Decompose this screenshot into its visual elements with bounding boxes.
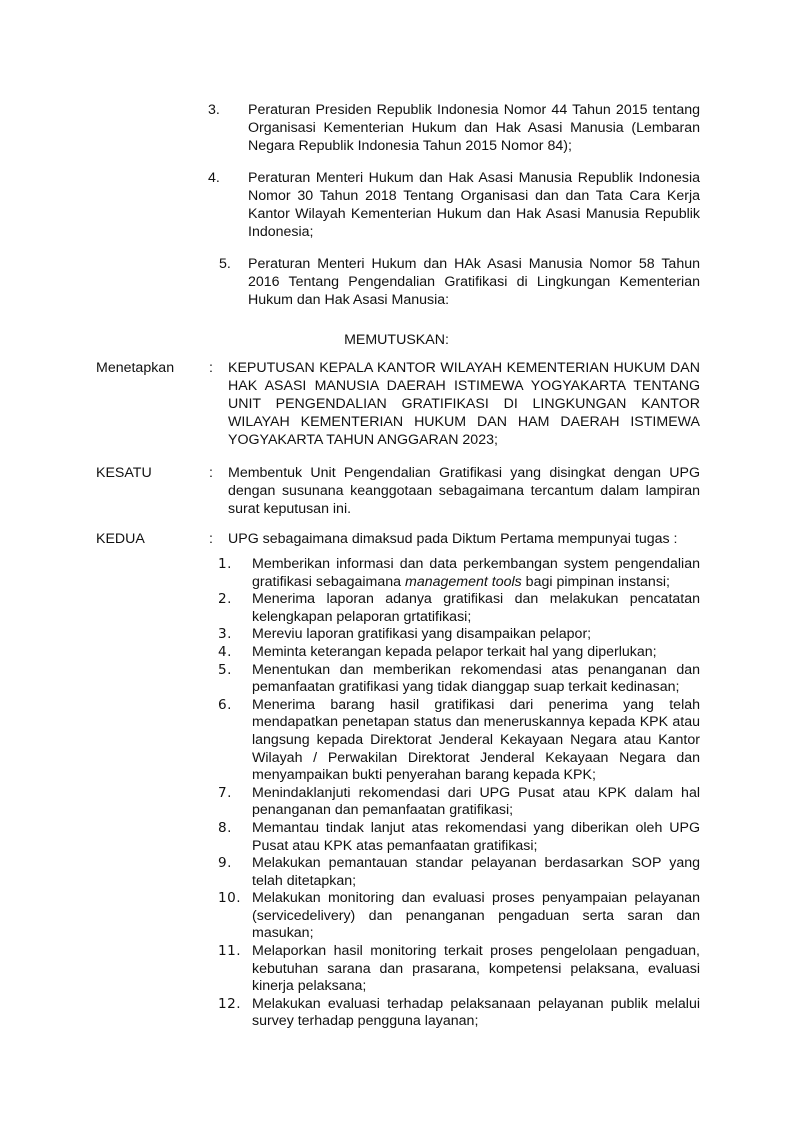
task-text: Memberikan informasi dan data perkembang… bbox=[252, 556, 700, 590]
dictum-colon: : bbox=[209, 359, 213, 377]
dictum-colon: : bbox=[209, 530, 213, 548]
task-text-italic: management tools bbox=[405, 574, 522, 590]
task-list: 1. Memberikan informasi dan data perkemb… bbox=[218, 556, 700, 1031]
dictum-kedua: KEDUA : UPG sebagaimana dimaksud pada Di… bbox=[96, 530, 700, 548]
task-item: 4. Meminta keterangan kepada pelapor ter… bbox=[218, 644, 700, 662]
task-text: Menentukan dan memberikan rekomendasi at… bbox=[252, 662, 700, 696]
dictum-text: Membentuk Unit Pengendalian Gratifikasi … bbox=[228, 464, 700, 518]
dictum-text: KEPUTUSAN KEPALA KANTOR WILAYAH KEMENTER… bbox=[228, 359, 700, 449]
task-item: 2. Menerima laporan adanya gratifikasi d… bbox=[218, 591, 700, 626]
task-item: 8. Memantau tindak lanjut atas rekomenda… bbox=[218, 820, 700, 855]
task-text: Melakukan evaluasi terhadap pelaksanaan … bbox=[252, 996, 700, 1030]
task-number: 6. bbox=[218, 697, 232, 715]
considering-list: 3. Peraturan Presiden Republik Indonesia… bbox=[208, 101, 700, 323]
task-item: 1. Memberikan informasi dan data perkemb… bbox=[218, 556, 700, 591]
task-item: 6. Menerima barang hasil gratifikasi dar… bbox=[218, 697, 700, 785]
task-number: 4. bbox=[218, 644, 232, 662]
task-number: 7. bbox=[218, 785, 232, 803]
item-text: Peraturan Menteri Hukum dan HAk Asasi Ma… bbox=[248, 256, 700, 308]
dictum-label: KEDUA bbox=[96, 530, 145, 548]
task-text-part: bagi pimpinan instansi; bbox=[522, 574, 670, 590]
task-number: 9. bbox=[218, 855, 232, 873]
dictum-label: Menetapkan bbox=[96, 359, 174, 377]
considering-item: 4. Peraturan Menteri Hukum dan Hak Asasi… bbox=[208, 169, 700, 241]
considering-item: 5. Peraturan Menteri Hukum dan HAk Asasi… bbox=[208, 255, 700, 309]
task-number: 11. bbox=[218, 943, 241, 961]
task-item: 3. Mereviu laporan gratifikasi yang disa… bbox=[218, 626, 700, 644]
item-text: Peraturan Menteri Hukum dan Hak Asasi Ma… bbox=[248, 170, 700, 240]
dictum-kesatu: KESATU : Membentuk Unit Pengendalian Gra… bbox=[96, 464, 700, 518]
dictum-colon: : bbox=[209, 464, 213, 482]
item-number: 5. bbox=[219, 255, 231, 273]
task-text: Memantau tindak lanjut atas rekomendasi … bbox=[252, 820, 700, 854]
dictum-label: KESATU bbox=[96, 464, 152, 482]
task-number: 5. bbox=[218, 662, 232, 680]
task-item: 10. Melakukan monitoring dan evaluasi pr… bbox=[218, 890, 700, 943]
item-text: Peraturan Presiden Republik Indonesia No… bbox=[248, 102, 700, 154]
item-number: 4. bbox=[208, 169, 220, 187]
dictum-menetapkan: Menetapkan : KEPUTUSAN KEPALA KANTOR WIL… bbox=[96, 359, 700, 449]
task-text: Menindaklanjuti rekomendasi dari UPG Pus… bbox=[252, 785, 700, 819]
task-text: Melaporkan hasil monitoring terkait pros… bbox=[252, 943, 700, 994]
task-number: 12. bbox=[218, 996, 241, 1014]
task-text: Menerima laporan adanya gratifikasi dan … bbox=[252, 591, 700, 625]
task-number: 2. bbox=[218, 591, 232, 609]
considering-item: 3. Peraturan Presiden Republik Indonesia… bbox=[208, 101, 700, 155]
task-item: 9. Melakukan pemantauan standar pelayana… bbox=[218, 855, 700, 890]
task-text: Mereviu laporan gratifikasi yang disampa… bbox=[252, 626, 591, 642]
task-text: Menerima barang hasil gratifikasi dari p… bbox=[252, 697, 700, 783]
task-text: Melakukan pemantauan standar pelayanan b… bbox=[252, 855, 700, 889]
task-item: 11. Melaporkan hasil monitoring terkait … bbox=[218, 943, 700, 996]
task-number: 8. bbox=[218, 820, 232, 838]
task-item: 5. Menentukan dan memberikan rekomendasi… bbox=[218, 662, 700, 697]
task-number: 1. bbox=[218, 556, 232, 574]
task-text: Meminta keterangan kepada pelapor terkai… bbox=[252, 644, 657, 660]
task-item: 7. Menindaklanjuti rekomendasi dari UPG … bbox=[218, 785, 700, 820]
document-page: 3. Peraturan Presiden Republik Indonesia… bbox=[0, 0, 793, 1122]
task-item: 12. Melakukan evaluasi terhadap pelaksan… bbox=[218, 996, 700, 1031]
task-number: 10. bbox=[218, 890, 241, 908]
task-number: 3. bbox=[218, 626, 232, 644]
item-number: 3. bbox=[208, 101, 220, 119]
decision-title: MEMUTUSKAN: bbox=[0, 331, 793, 349]
dictum-text: UPG sebagaimana dimaksud pada Diktum Per… bbox=[228, 530, 700, 548]
task-text: Melakukan monitoring dan evaluasi proses… bbox=[252, 890, 700, 941]
